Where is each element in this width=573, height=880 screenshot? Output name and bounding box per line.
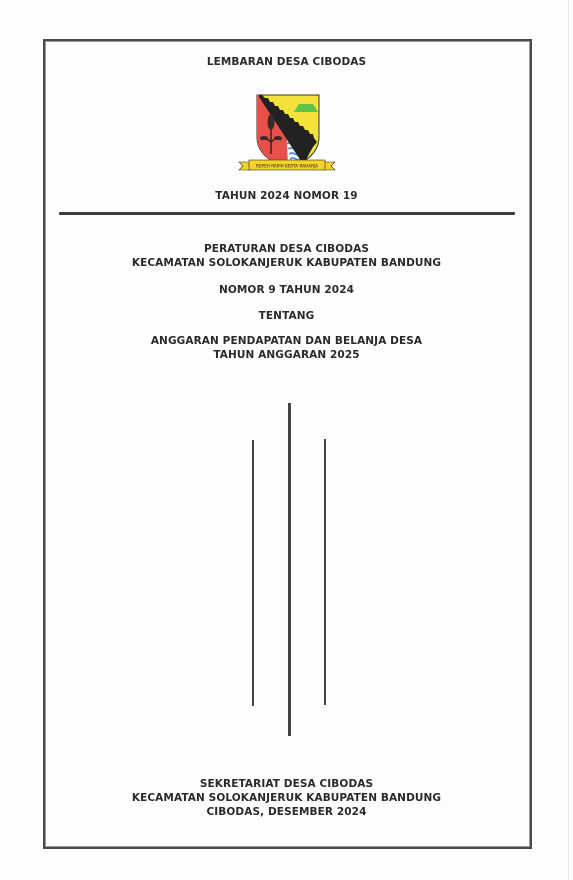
issue-number: TAHUN 2024 NOMOR 19 xyxy=(0,189,573,203)
secretariat-region: KECAMATAN SOLOKANJERUK KABUPATEN BANDUNG xyxy=(0,791,573,805)
regulation-number: NOMOR 9 TAHUN 2024 xyxy=(0,283,573,297)
coat-of-arms-emblem: REPEH RAPIH KERTA RAHARJA xyxy=(237,92,337,174)
left-vertical-line xyxy=(252,440,254,706)
secretariat-name: SEKRETARIAT DESA CIBODAS xyxy=(0,777,573,791)
about-label: TENTANG xyxy=(0,309,573,323)
subject-line-2: TAHUN ANGGARAN 2025 xyxy=(0,348,573,362)
header-divider xyxy=(59,212,515,215)
subject-line-1: ANGGARAN PENDAPATAN DAN BELANJA DESA xyxy=(0,334,573,348)
center-vertical-line xyxy=(288,403,291,736)
publication-title: LEMBARAN DESA CIBODAS xyxy=(0,55,573,69)
regulation-region: KECAMATAN SOLOKANJERUK KABUPATEN BANDUNG xyxy=(0,256,573,270)
svg-text:REPEH RAPIH KERTA RAHARJA: REPEH RAPIH KERTA RAHARJA xyxy=(256,163,318,168)
right-vertical-line xyxy=(324,439,326,705)
page-edge-line xyxy=(568,0,569,880)
regulation-title: PERATURAN DESA CIBODAS xyxy=(0,242,573,256)
place-date: CIBODAS, DESEMBER 2024 xyxy=(0,805,573,819)
